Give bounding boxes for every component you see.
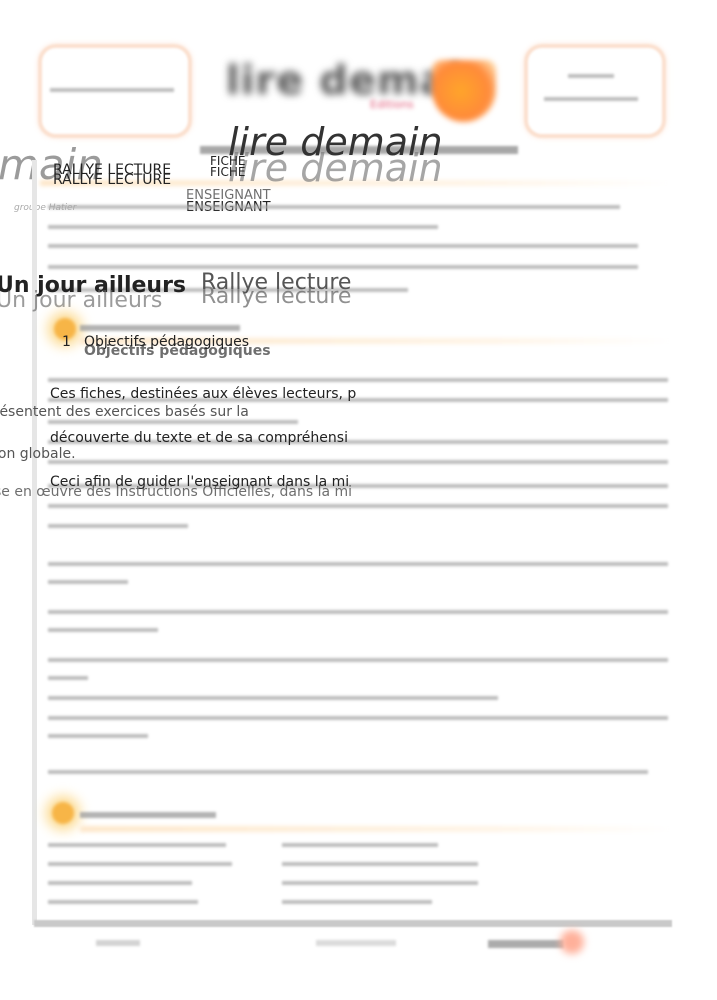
intro-line — [48, 265, 638, 269]
body-line — [48, 716, 668, 720]
book-list-item — [48, 900, 198, 904]
body-line — [48, 770, 648, 774]
body-line — [48, 420, 298, 424]
section-2-bullet-icon — [52, 802, 74, 824]
section-1-para-2: résentent des exercices basés sur la — [0, 404, 249, 420]
body-line — [48, 504, 668, 508]
footer-center — [316, 940, 396, 946]
book-list-item — [282, 862, 478, 866]
section-1-para-1: Ces fiches, destinées aux élèves lecteur… — [50, 386, 356, 402]
rallye-lecture-label-echo: RALLYE LECTURE — [53, 172, 171, 188]
body-line — [48, 580, 128, 584]
book-list-item — [48, 862, 232, 866]
book-title-echo: Un jour ailleurs — [0, 288, 162, 313]
book-list-item — [282, 843, 438, 847]
footer-logo-icon — [560, 930, 584, 954]
section-1-para-4: ion globale. — [0, 446, 76, 462]
body-line — [48, 460, 668, 464]
section-2-rule — [80, 826, 672, 832]
section-1-para-6: se en œuvre des Instructions Officielles… — [0, 484, 352, 500]
section-1-heading-blur — [80, 325, 240, 331]
section-1-title-echo: Objectifs pédagogiques — [84, 343, 271, 359]
body-line — [48, 676, 88, 680]
logo-shield-icon — [432, 60, 496, 122]
book-list-item — [282, 881, 478, 885]
section-2-title — [80, 812, 216, 818]
body-line — [48, 658, 668, 662]
book-list-item — [48, 881, 192, 885]
body-line — [48, 562, 668, 566]
intro-line — [48, 205, 620, 209]
section-1-para-3: découverte du texte et de sa compréhensi — [50, 430, 348, 446]
series-ghost-title-echo: lire demain — [228, 146, 443, 190]
intro-line — [48, 244, 638, 248]
intro-line — [48, 225, 438, 229]
fiche-label-echo: FICHE — [210, 165, 245, 179]
body-line — [48, 696, 498, 700]
body-line — [48, 524, 188, 528]
footer-left — [96, 940, 140, 946]
header-right-label-1 — [568, 74, 614, 78]
section-1-number: 1 — [62, 334, 71, 350]
body-line — [48, 734, 148, 738]
footer-bar — [34, 920, 672, 927]
body-line — [48, 628, 158, 632]
footer-right — [488, 940, 564, 948]
header-left-label — [50, 88, 174, 92]
header-right-box — [524, 44, 666, 138]
book-list-item — [48, 843, 226, 847]
body-line — [48, 378, 668, 382]
logo-subtitle: Editions — [370, 98, 414, 111]
body-line — [48, 610, 668, 614]
rallye-heading-echo: Rallye lecture — [201, 284, 351, 309]
book-list-item — [282, 900, 432, 904]
header-right-label-2 — [544, 97, 638, 101]
